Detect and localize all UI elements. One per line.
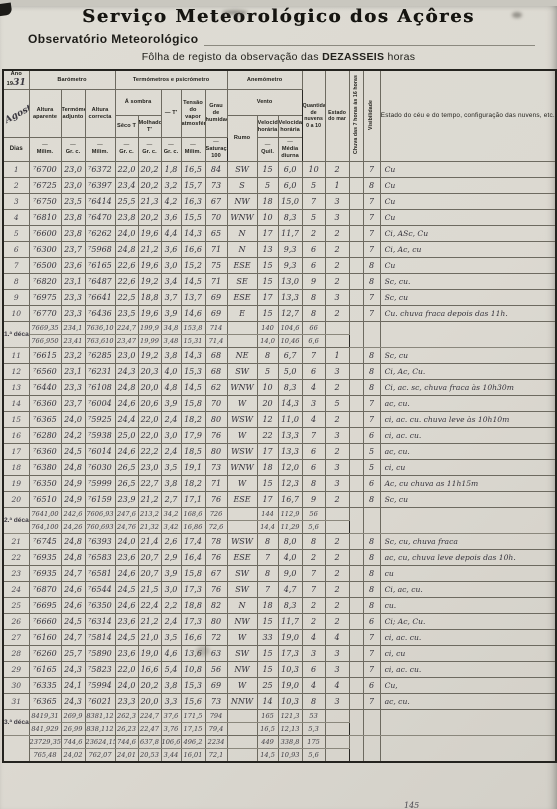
cell-corrected-height: ⁷5925 bbox=[85, 412, 115, 428]
summary-mean-value: 6,6 bbox=[302, 335, 325, 348]
summary-mean-value: 841,929 bbox=[29, 723, 61, 736]
day-row: 15⁷636524,0⁷592524,422,02,418,280WSW1211… bbox=[3, 412, 556, 428]
col-clouds-quantity: Quantidade de nuvens 0 a 10 bbox=[302, 70, 325, 162]
cell-rain bbox=[349, 162, 363, 178]
summary-mean-value: 24,76 bbox=[115, 521, 138, 534]
cell-apparent-height: ⁷6600 bbox=[29, 226, 61, 242]
summary-sum-value: 234,1 bbox=[61, 322, 85, 335]
day-number: 9 bbox=[3, 290, 29, 306]
summary-mean-value: 838,112 bbox=[85, 723, 115, 736]
summary-sum-value: 23729,35 bbox=[29, 736, 61, 749]
cell-sky-state: Ci, ac. sc, chuva fraca às 10h30m bbox=[380, 380, 556, 396]
summary-sum-value: 496,2 bbox=[181, 736, 205, 749]
cell-dry-bulb: 23,3 bbox=[115, 694, 138, 710]
cell-vapor-tension: 15,7 bbox=[181, 178, 205, 194]
cell-wet-bulb: 19,2 bbox=[138, 348, 161, 364]
summary-sum-value bbox=[227, 736, 257, 749]
cell-dry-bulb: 23,8 bbox=[115, 210, 138, 226]
cell-humidity: 76 bbox=[205, 492, 227, 508]
col-apparent-height: Altura aparente bbox=[29, 90, 61, 138]
cell-sea-state: 3 bbox=[325, 662, 349, 678]
cell-wind-daily-mean: 14,3 bbox=[278, 396, 302, 412]
summary-mean-value bbox=[325, 749, 349, 762]
day-row: 18⁷638024,8⁷603026,523,03,519,173WNW1812… bbox=[3, 460, 556, 476]
cell-sea-state: 2 bbox=[325, 566, 349, 582]
cell-difference: 3,0 bbox=[161, 428, 181, 444]
cell-vapor-tension: 15,6 bbox=[181, 694, 205, 710]
col-wind-hourly-speed: Velocidade horária bbox=[257, 116, 278, 138]
summary-mean-value: 15,31 bbox=[181, 335, 205, 348]
summary-row-sums: 2.ª década7641,00242,67606,93247,6213,23… bbox=[3, 508, 556, 521]
cell-wind-direction: N bbox=[227, 598, 257, 614]
day-number: 7 bbox=[3, 258, 29, 274]
cell-difference: 4,2 bbox=[161, 194, 181, 210]
cell-wind-hourly-speed: 15 bbox=[257, 258, 278, 274]
day-row: 5⁷660023,8⁷626224,019,64,414,365N1711,72… bbox=[3, 226, 556, 242]
subtitle-hours: DEZASSEIS bbox=[322, 51, 384, 63]
cell-wind-direction: SW bbox=[227, 566, 257, 582]
day-row: 7⁷650023,6⁷616522,619,63,015,275ESE159,3… bbox=[3, 258, 556, 274]
cell-vapor-tension: 17,1 bbox=[181, 492, 205, 508]
cell-visibility: 7 bbox=[363, 396, 380, 412]
cell-sea-state: 2 bbox=[325, 226, 349, 242]
cell-apparent-height: ⁷6365 bbox=[29, 412, 61, 428]
col-humidity: Grau de humidade bbox=[205, 90, 227, 138]
summary-mean-value: 24,01 bbox=[115, 749, 138, 762]
summary-mean-value: 79,4 bbox=[205, 723, 227, 736]
cell-sea-state: 2 bbox=[325, 162, 349, 178]
summary-sum-value: 153,8 bbox=[181, 322, 205, 335]
day-row: 8⁷682023,1⁷648722,619,23,414,571SE1513,0… bbox=[3, 274, 556, 290]
cell-clouds-quantity: 3 bbox=[302, 396, 325, 412]
year-header: Ano 1931 bbox=[3, 70, 29, 90]
cell-wind-hourly-speed: 17 bbox=[257, 444, 278, 460]
cell-attached-thermometer: 23,0 bbox=[61, 178, 85, 194]
day-row: 6⁷630023,7⁷596824,821,23,616,671N139,362… bbox=[3, 242, 556, 258]
cell-attached-thermometer: 24,2 bbox=[61, 428, 85, 444]
cell-sky-state: Cu bbox=[380, 178, 556, 194]
col-wind-daily-mean-speed: Velocidade horária bbox=[278, 116, 302, 138]
cell-dry-bulb: 25,0 bbox=[115, 428, 138, 444]
day-number: 24 bbox=[3, 582, 29, 598]
form-subtitle: Fôlha de registo da observação das DEZAS… bbox=[0, 51, 557, 63]
summary-mean-value: 5,3 bbox=[302, 723, 325, 736]
cell-wet-bulb: 19,2 bbox=[138, 274, 161, 290]
cell-difference: 3,4 bbox=[161, 274, 181, 290]
summary-mean-value: 20,53 bbox=[138, 749, 161, 762]
unit-apparent-height: —Milim. bbox=[29, 138, 61, 162]
summary-sum-value: 7636,10 bbox=[85, 322, 115, 335]
summary-mean-value bbox=[227, 335, 257, 348]
cell-dry-bulb: 24,6 bbox=[115, 598, 138, 614]
cell-wet-bulb: 22,0 bbox=[138, 428, 161, 444]
summary-mean-value: 5,6 bbox=[302, 521, 325, 534]
col-rain: Chuva das 7 horas às 16 horas bbox=[349, 70, 363, 162]
summary-sky bbox=[380, 322, 556, 348]
cell-wet-bulb: 21,2 bbox=[138, 492, 161, 508]
cell-visibility: 6 bbox=[363, 678, 380, 694]
day-number: 26 bbox=[3, 614, 29, 630]
cell-corrected-height: ⁷6108 bbox=[85, 380, 115, 396]
cell-wind-daily-mean: 5,0 bbox=[278, 364, 302, 380]
summary-label: 1.ª década bbox=[3, 322, 29, 348]
cell-wind-hourly-speed: 22 bbox=[257, 428, 278, 444]
day-number: 29 bbox=[3, 662, 29, 678]
cell-clouds-quantity: 4 bbox=[302, 412, 325, 428]
cell-humidity: 71 bbox=[205, 274, 227, 290]
cell-humidity: 73 bbox=[205, 460, 227, 476]
unit-attached-thermometer: —Gr. c. bbox=[61, 138, 85, 162]
cell-vapor-tension: 15,2 bbox=[181, 258, 205, 274]
cell-apparent-height: ⁷6510 bbox=[29, 492, 61, 508]
cell-attached-thermometer: 24,9 bbox=[61, 476, 85, 492]
cell-corrected-height: ⁷5890 bbox=[85, 646, 115, 662]
cell-dry-bulb: 24,4 bbox=[115, 412, 138, 428]
summary-row-sums: 3.ª década8419,31269,98381,12262,3224,73… bbox=[3, 710, 556, 723]
summary-sum-value: 262,3 bbox=[115, 710, 138, 723]
cell-difference: 2,9 bbox=[161, 550, 181, 566]
summary-mean-value bbox=[227, 521, 257, 534]
cell-wet-bulb: 21,2 bbox=[138, 242, 161, 258]
summary-mean-value bbox=[325, 521, 349, 534]
cell-vapor-tension: 18,2 bbox=[181, 412, 205, 428]
cell-wind-daily-mean: 8,3 bbox=[278, 210, 302, 226]
cell-clouds-quantity: 2 bbox=[302, 226, 325, 242]
cell-clouds-quantity: 6 bbox=[302, 444, 325, 460]
cell-wind-daily-mean: 11,7 bbox=[278, 614, 302, 630]
summary-sum-value: 449 bbox=[257, 736, 278, 749]
cell-attached-thermometer: 23,6 bbox=[61, 258, 85, 274]
cell-sky-state: Ac, cu chuva as 11h15m bbox=[380, 476, 556, 492]
summary-sum-value: 7669,35 bbox=[29, 322, 61, 335]
cell-difference: 2,2 bbox=[161, 598, 181, 614]
day-row: 12⁷656023,1⁷623124,320,34,015,368SW55,06… bbox=[3, 364, 556, 380]
cell-rain bbox=[349, 242, 363, 258]
cell-sky-state: Cu bbox=[380, 210, 556, 226]
cell-humidity: 76 bbox=[205, 550, 227, 566]
cell-wind-daily-mean: 6,0 bbox=[278, 178, 302, 194]
cell-clouds-quantity: 5 bbox=[302, 178, 325, 194]
cell-corrected-height: ⁷6397 bbox=[85, 178, 115, 194]
cell-rain bbox=[349, 662, 363, 678]
cell-clouds-quantity: 7 bbox=[302, 348, 325, 364]
summary-rain bbox=[349, 508, 363, 534]
cell-apparent-height: ⁷6380 bbox=[29, 460, 61, 476]
cell-apparent-height: ⁷6750 bbox=[29, 194, 61, 210]
cell-clouds-quantity: 5 bbox=[302, 210, 325, 226]
day-row: 9⁷697523,3⁷664122,518,83,713,769ESE1713,… bbox=[3, 290, 556, 306]
cell-sky-state: Ci; Ac, Cu. bbox=[380, 614, 556, 630]
unit-difference: —Gr. c. bbox=[161, 138, 181, 162]
cell-clouds-quantity: 2 bbox=[302, 598, 325, 614]
day-number: 4 bbox=[3, 210, 29, 226]
cell-wind-daily-mean: 13,3 bbox=[278, 444, 302, 460]
cell-visibility: 7 bbox=[363, 290, 380, 306]
cell-sky-state: Cu bbox=[380, 194, 556, 210]
cell-difference: 4,0 bbox=[161, 364, 181, 380]
summary-mean-value: 763,610 bbox=[85, 335, 115, 348]
cell-wind-daily-mean: 11,0 bbox=[278, 412, 302, 428]
cell-clouds-quantity: 7 bbox=[302, 428, 325, 444]
summary-visibility bbox=[363, 508, 380, 534]
cell-vapor-tension: 16,5 bbox=[181, 162, 205, 178]
cell-attached-thermometer: 23,3 bbox=[61, 380, 85, 396]
cell-clouds-quantity: 3 bbox=[302, 646, 325, 662]
cell-attached-thermometer: 23,3 bbox=[61, 290, 85, 306]
summary-row-sums: 1.ª década7669,35234,17636,10224,7199,93… bbox=[3, 322, 556, 335]
cell-vapor-tension: 15,5 bbox=[181, 210, 205, 226]
cell-clouds-quantity: 8 bbox=[302, 306, 325, 322]
cell-attached-thermometer: 23,7 bbox=[61, 242, 85, 258]
summary-sum-value bbox=[325, 736, 349, 749]
cell-vapor-tension: 17,3 bbox=[181, 582, 205, 598]
cell-wet-bulb: 23,0 bbox=[138, 460, 161, 476]
unit-wind-hourly: —Quil. bbox=[257, 138, 278, 162]
cell-apparent-height: ⁷6660 bbox=[29, 614, 61, 630]
cell-wind-hourly-speed: 15 bbox=[257, 662, 278, 678]
cell-visibility: 8 bbox=[363, 598, 380, 614]
cell-vapor-tension: 19,1 bbox=[181, 460, 205, 476]
cell-dry-bulb: 23,5 bbox=[115, 306, 138, 322]
cell-wind-direction: NW bbox=[227, 662, 257, 678]
day-row: 24⁷687024,6⁷654424,521,53,017,376SW74,77… bbox=[3, 582, 556, 598]
cell-clouds-quantity: 4 bbox=[302, 630, 325, 646]
cell-wind-hourly-speed: 18 bbox=[257, 460, 278, 476]
cell-attached-thermometer: 23,1 bbox=[61, 364, 85, 380]
cell-rain bbox=[349, 678, 363, 694]
cell-humidity: 69 bbox=[205, 678, 227, 694]
cell-wind-direction: WSW bbox=[227, 444, 257, 460]
cell-wet-bulb: 20,0 bbox=[138, 380, 161, 396]
cell-wind-daily-mean: 12,3 bbox=[278, 476, 302, 492]
day-number: 17 bbox=[3, 444, 29, 460]
scan-artifact-smudge bbox=[222, 10, 248, 15]
cell-apparent-height: ⁷6160 bbox=[29, 630, 61, 646]
day-number: 10 bbox=[3, 306, 29, 322]
cell-difference: 4,6 bbox=[161, 646, 181, 662]
cell-humidity: 80 bbox=[205, 444, 227, 460]
visibility-label: Visibilidade bbox=[368, 100, 375, 130]
cell-attached-thermometer: 24,8 bbox=[61, 534, 85, 550]
cell-rain bbox=[349, 412, 363, 428]
day-row: 4⁷681023,8⁷647023,820,23,615,570WNW108,3… bbox=[3, 210, 556, 226]
scan-artifact-smudge bbox=[512, 12, 522, 18]
cell-wind-direction: WNW bbox=[227, 460, 257, 476]
cell-wind-direction: W bbox=[227, 678, 257, 694]
cell-wet-bulb: 19,6 bbox=[138, 258, 161, 274]
cell-sea-state: 2 bbox=[325, 598, 349, 614]
rain-label: Chuva das 7 horas às 16 horas bbox=[353, 75, 360, 154]
cell-dry-bulb: 23,4 bbox=[115, 178, 138, 194]
cell-humidity: 67 bbox=[205, 566, 227, 582]
cell-wind-hourly-speed: 14 bbox=[257, 694, 278, 710]
cell-difference: 3,7 bbox=[161, 290, 181, 306]
cell-sky-state: ac, cu, chuva leve depois das 10h. bbox=[380, 550, 556, 566]
cell-clouds-quantity: 7 bbox=[302, 582, 325, 598]
cell-humidity: 56 bbox=[205, 662, 227, 678]
summary-sum-value bbox=[325, 508, 349, 521]
cell-wind-direction: WSW bbox=[227, 412, 257, 428]
stray-handwritten-number: 145 bbox=[404, 801, 419, 809]
cell-wind-daily-mean: 6,7 bbox=[278, 348, 302, 364]
cell-wind-hourly-speed: 17 bbox=[257, 290, 278, 306]
cell-apparent-height: ⁷6820 bbox=[29, 274, 61, 290]
cell-sea-state: 2 bbox=[325, 444, 349, 460]
summary-sum-value: 53 bbox=[302, 710, 325, 723]
cell-wet-bulb: 20,0 bbox=[138, 694, 161, 710]
cell-vapor-tension: 15,3 bbox=[181, 678, 205, 694]
cell-apparent-height: ⁷6870 bbox=[29, 582, 61, 598]
col-corrected-height: Altura correcta bbox=[85, 90, 115, 138]
cell-attached-thermometer: 23,8 bbox=[61, 226, 85, 242]
cell-wind-direction: NNW bbox=[227, 694, 257, 710]
summary-sum-value: 37,6 bbox=[161, 710, 181, 723]
cell-humidity: 70 bbox=[205, 210, 227, 226]
cell-visibility: 7 bbox=[363, 306, 380, 322]
day-number: 20 bbox=[3, 492, 29, 508]
cell-sea-state: 3 bbox=[325, 364, 349, 380]
cell-apparent-height: ⁷6975 bbox=[29, 290, 61, 306]
cell-visibility: 7 bbox=[363, 646, 380, 662]
cell-corrected-height: ⁷6262 bbox=[85, 226, 115, 242]
cell-wet-bulb: 16,6 bbox=[138, 662, 161, 678]
cell-difference: 3,9 bbox=[161, 306, 181, 322]
summary-visibility bbox=[363, 710, 380, 736]
cell-rain bbox=[349, 226, 363, 242]
summary-mean-value: 71,4 bbox=[205, 335, 227, 348]
cell-clouds-quantity: 2 bbox=[302, 550, 325, 566]
cell-rain bbox=[349, 428, 363, 444]
day-row: 22⁷693524,8⁷658323,620,72,916,476ESE74,0… bbox=[3, 550, 556, 566]
cell-corrected-height: ⁷6414 bbox=[85, 194, 115, 210]
day-row: 17⁷636024,5⁷601424,622,22,418,580WSW1713… bbox=[3, 444, 556, 460]
cell-wet-bulb: 20,2 bbox=[138, 678, 161, 694]
cell-wind-hourly-speed: 5 bbox=[257, 364, 278, 380]
unit-vapor-tension: —Milim. bbox=[181, 138, 205, 162]
cell-wind-daily-mean: 15,0 bbox=[278, 194, 302, 210]
cell-apparent-height: ⁷6335 bbox=[29, 678, 61, 694]
cell-corrected-height: ⁷5823 bbox=[85, 662, 115, 678]
cell-apparent-height: ⁷6560 bbox=[29, 364, 61, 380]
cell-clouds-quantity: 6 bbox=[302, 364, 325, 380]
cell-sky-state: Ci, Ac, Cu. bbox=[380, 364, 556, 380]
cell-sky-state: Cu, bbox=[380, 678, 556, 694]
cell-attached-thermometer: 23,5 bbox=[61, 194, 85, 210]
summary-mean-value: 760,693 bbox=[85, 521, 115, 534]
day-number: 11 bbox=[3, 348, 29, 364]
cell-sea-state: 2 bbox=[325, 380, 349, 396]
summary-row-sums: 23729,35744,623624,15744,6637,8106,6496,… bbox=[3, 736, 556, 749]
cell-clouds-quantity: 6 bbox=[302, 662, 325, 678]
day-number: 15 bbox=[3, 412, 29, 428]
cell-wind-hourly-speed: 15 bbox=[257, 274, 278, 290]
cell-vapor-tension: 15,8 bbox=[181, 566, 205, 582]
cell-rain bbox=[349, 274, 363, 290]
cell-wind-hourly-speed: 15 bbox=[257, 162, 278, 178]
cell-sea-state: 2 bbox=[325, 412, 349, 428]
cell-wet-bulb: 20,6 bbox=[138, 396, 161, 412]
col-attached-thermometer: Termómetro adjunto bbox=[61, 90, 85, 138]
day-number: 25 bbox=[3, 598, 29, 614]
cell-clouds-quantity: 8 bbox=[302, 290, 325, 306]
cell-wind-daily-mean: 6,0 bbox=[278, 162, 302, 178]
cell-attached-thermometer: 24,8 bbox=[61, 550, 85, 566]
cell-humidity: 84 bbox=[205, 162, 227, 178]
cell-wind-daily-mean: 13,3 bbox=[278, 290, 302, 306]
day-number: 30 bbox=[3, 678, 29, 694]
cell-sea-state: 3 bbox=[325, 428, 349, 444]
cell-sky-state: Ci, Ac, cu bbox=[380, 242, 556, 258]
cell-clouds-quantity: 9 bbox=[302, 274, 325, 290]
cell-corrected-height: ⁷6165 bbox=[85, 258, 115, 274]
day-number: 27 bbox=[3, 630, 29, 646]
cell-wind-hourly-speed: 17 bbox=[257, 226, 278, 242]
col-dry-bulb: Sêco T bbox=[115, 116, 138, 138]
cell-sea-state: 3 bbox=[325, 194, 349, 210]
cell-dry-bulb: 22,0 bbox=[115, 662, 138, 678]
cell-corrected-height: ⁷6021 bbox=[85, 694, 115, 710]
cell-humidity: 80 bbox=[205, 614, 227, 630]
summary-mean-value: 23,41 bbox=[61, 335, 85, 348]
col-sea-state: Estado do mar bbox=[325, 70, 349, 162]
day-row: 29⁷616524,3⁷582322,016,65,410,856NW1510,… bbox=[3, 662, 556, 678]
summary-mean-value: 72,1 bbox=[205, 749, 227, 762]
cell-difference: 2,7 bbox=[161, 492, 181, 508]
summary-mean-value: 766,950 bbox=[29, 335, 61, 348]
cell-sea-state: 3 bbox=[325, 694, 349, 710]
cell-clouds-quantity: 6 bbox=[302, 460, 325, 476]
cell-wind-direction: NW bbox=[227, 194, 257, 210]
cell-sky-state: Ci, ASc, Cu bbox=[380, 226, 556, 242]
cell-sea-state: 3 bbox=[325, 460, 349, 476]
summary-mean-value bbox=[325, 723, 349, 736]
cell-clouds-quantity: 4 bbox=[302, 678, 325, 694]
summary-mean-value: 765,48 bbox=[29, 749, 61, 762]
cell-wind-hourly-speed: 15 bbox=[257, 476, 278, 492]
summary-sum-value bbox=[227, 322, 257, 335]
cell-humidity: 73 bbox=[205, 178, 227, 194]
cell-corrected-height: ⁷6581 bbox=[85, 566, 115, 582]
cell-humidity: 72 bbox=[205, 630, 227, 646]
cell-wind-hourly-speed: 8 bbox=[257, 348, 278, 364]
cell-humidity: 71 bbox=[205, 242, 227, 258]
day-number: 13 bbox=[3, 380, 29, 396]
summary-mean-value: 17,15 bbox=[181, 723, 205, 736]
cell-apparent-height: ⁷6300 bbox=[29, 242, 61, 258]
group-thermometers: Termómetros e psicrómetro bbox=[115, 70, 227, 90]
observation-table: Ano 1931 Barómetro Termómetros e psicróm… bbox=[2, 69, 557, 763]
cell-wind-hourly-speed: 33 bbox=[257, 630, 278, 646]
cell-sea-state: 3 bbox=[325, 210, 349, 226]
cell-visibility: 8 bbox=[363, 534, 380, 550]
cell-corrected-height: ⁷6487 bbox=[85, 274, 115, 290]
day-number: 12 bbox=[3, 364, 29, 380]
cell-wet-bulb: 19,6 bbox=[138, 226, 161, 242]
cell-sea-state: 4 bbox=[325, 678, 349, 694]
cell-wind-hourly-speed: 25 bbox=[257, 678, 278, 694]
summary-mean-value: 26,23 bbox=[115, 723, 138, 736]
cell-wind-hourly-speed: 7 bbox=[257, 550, 278, 566]
summary-sum-value: 175 bbox=[302, 736, 325, 749]
cell-wet-bulb: 21,5 bbox=[138, 582, 161, 598]
cell-wind-daily-mean: 8,0 bbox=[278, 534, 302, 550]
subgroup-wind: Vento bbox=[227, 90, 302, 116]
cell-visibility: 6 bbox=[363, 476, 380, 492]
summary-sum-value: 8381,12 bbox=[85, 710, 115, 723]
group-anemometer: Anemómetro bbox=[227, 70, 302, 90]
cell-humidity: 75 bbox=[205, 258, 227, 274]
summary-sum-value: 2234 bbox=[205, 736, 227, 749]
